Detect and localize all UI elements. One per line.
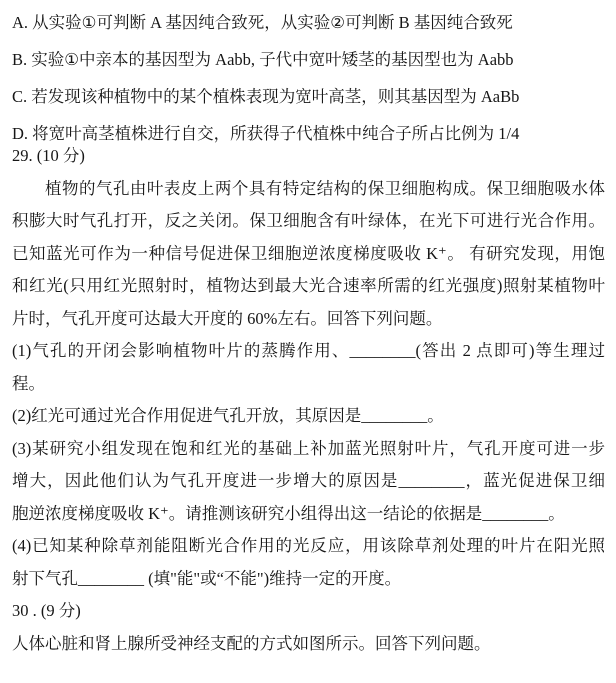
sub-question-line: 胞逆浓度梯度吸收 K⁺。请推测该研究小组得出这一结论的依据是________。 xyxy=(12,498,605,531)
sub-question-line: (3)某研究小组发现在饱和红光的基础上补加蓝光照射叶片，气孔开度可进一步 xyxy=(12,433,605,466)
intro-line: 积膨大时气孔打开，反之关闭。保卫细胞含有叶绿体，在光下可进行光合作用。 xyxy=(12,205,605,238)
sub-question-line: 增大，因此他们认为气孔开度进一步增大的原因是________，蓝光促进保卫细 xyxy=(12,465,605,498)
question-30-heading: 30 . (9 分) xyxy=(12,595,605,628)
option-a: A. 从实验①可判断 A 基因纯合致死，从实验②可判断 B 基因纯合致死 xyxy=(12,4,605,41)
intro-line: 已知蓝光可作为一种信号促进保卫细胞逆浓度梯度吸收 K⁺。 有研究发现，用饱 xyxy=(12,238,605,271)
sub-question-line: 程。 xyxy=(12,368,605,401)
sub-question-line: (2)红光可通过光合作用促进气孔开放，其原因是________。 xyxy=(12,400,605,433)
multiple-choice-options: A. 从实验①可判断 A 基因纯合致死，从实验②可判断 B 基因纯合致死 B. … xyxy=(12,4,605,152)
question-30: 30 . (9 分) 人体心脏和肾上腺所受神经支配的方式如图所示。回答下列问题。 xyxy=(12,595,605,660)
question-29-part-3: (3)某研究小组发现在饱和红光的基础上补加蓝光照射叶片，气孔开度可进一步 增大，… xyxy=(12,433,605,531)
question-29: 29. (10 分) 植物的气孔由叶表皮上两个具有特定结构的保卫细胞构成。保卫细… xyxy=(12,140,605,595)
intro-line: 和红光(只用红光照射时，植物达到最大光合速率所需的红光强度)照射某植物叶 xyxy=(12,270,605,303)
option-c: C. 若发现该种植物中的某个植株表现为宽叶高茎，则其基因型为 AaBb xyxy=(12,78,605,115)
question-29-part-2: (2)红光可通过光合作用促进气孔开放，其原因是________。 xyxy=(12,400,605,433)
exam-document-page: A. 从实验①可判断 A 基因纯合致死，从实验②可判断 B 基因纯合致死 B. … xyxy=(0,0,616,683)
intro-line: 片时，气孔开度可达最大开度的 60%左右。回答下列问题。 xyxy=(12,303,605,336)
option-d: D. 将宽叶高茎植株进行自交，所获得子代植株中纯合子所占比例为 1/4 xyxy=(12,115,605,152)
sub-question-line: 射下气孔________ (填"能"或“不能")维持一定的开度。 xyxy=(12,563,605,596)
sub-question-line: (1)气孔的开闭会影响植物叶片的蒸腾作用、________(答出 2 点即可)等… xyxy=(12,335,605,368)
sub-question-line: (4)已知某种除草剂能阻断光合作用的光反应，用该除草剂处理的叶片在阳光照 xyxy=(12,530,605,563)
question-29-intro: 植物的气孔由叶表皮上两个具有特定结构的保卫细胞构成。保卫细胞吸水体 积膨大时气孔… xyxy=(12,173,605,336)
intro-line: 植物的气孔由叶表皮上两个具有特定结构的保卫细胞构成。保卫细胞吸水体 xyxy=(12,173,605,206)
option-b: B. 实验①中亲本的基因型为 Aabb, 子代中宽叶矮茎的基因型也为 Aabb xyxy=(12,41,605,78)
question-29-part-4: (4)已知某种除草剂能阻断光合作用的光反应，用该除草剂处理的叶片在阳光照 射下气… xyxy=(12,530,605,595)
question-29-part-1: (1)气孔的开闭会影响植物叶片的蒸腾作用、________(答出 2 点即可)等… xyxy=(12,335,605,400)
question-30-intro: 人体心脏和肾上腺所受神经支配的方式如图所示。回答下列问题。 xyxy=(12,628,605,661)
